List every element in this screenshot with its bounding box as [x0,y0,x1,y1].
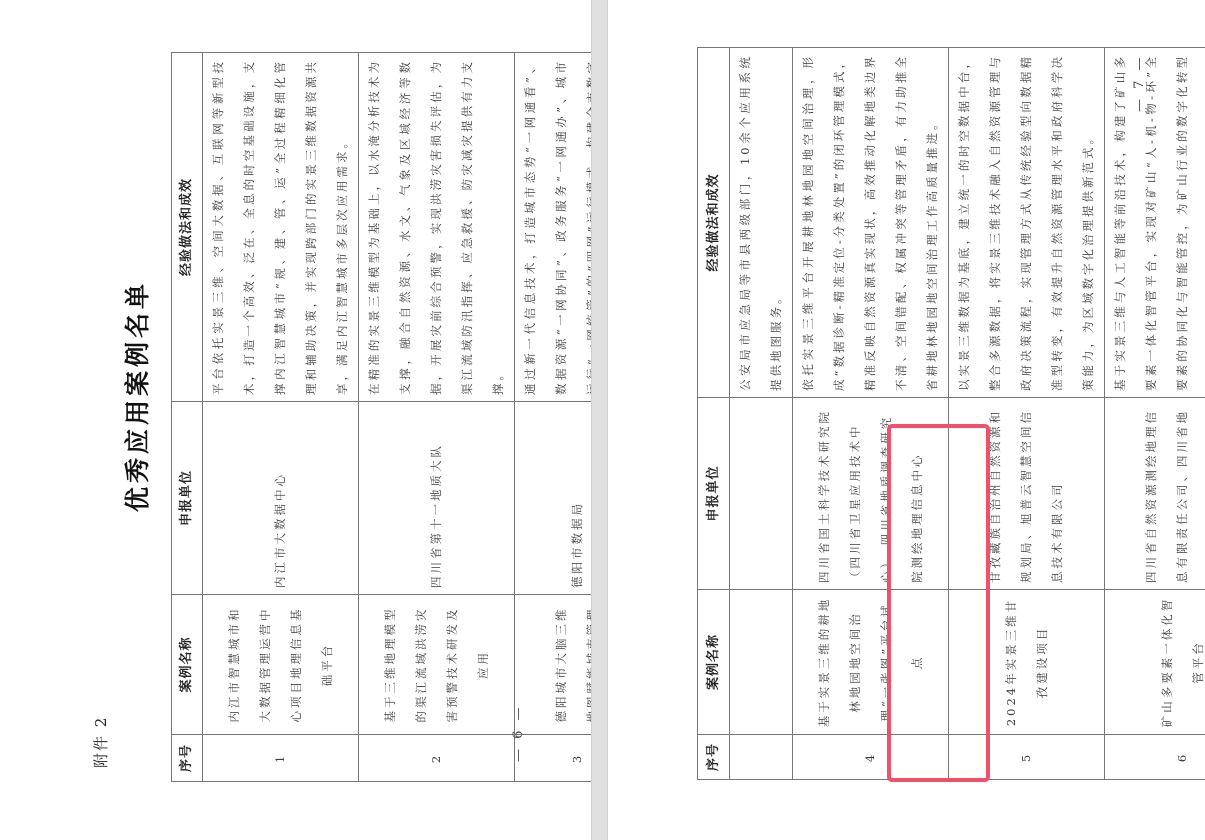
cell-experience: 平台依托实景三维、空间大数据、互联网等新型技术，打造一个高效、泛在、全息的时空基… [203,53,359,402]
header-experience: 经验做法和成效 [698,48,730,398]
table-header-row: 序号 案例名称 申报单位 经验做法和成效 [698,48,730,780]
table-row: 3 德阳城市大脑三维地图赋能城市管理 德阳市数据局 通过新一代信息技术，打造城市… [515,53,592,782]
table-row-continuation: 公安局市应急局等市县两级部门，10余个应用系统提供地图服务。 [730,48,793,780]
header-name: 案例名称 [172,595,203,735]
header-experience: 经验做法和成效 [172,53,203,402]
case-table-left: 序号 案例名称 申报单位 经验做法和成效 1 内江市智慧城市和大数据管理运营中心… [171,52,591,782]
page-title: 优秀应用案例名单 [118,280,154,512]
cell-experience: 通过新一代信息技术，打造城市态势“一网通看”、数据资源“一网协同”、政务服务“一… [515,53,592,402]
page-number: — 6 — [511,704,526,762]
cell-experience: 依托实景三维平台开展耕地林地园地空间治理，形成“数据诊断-精准定位-分类处置”的… [793,48,949,398]
document-page-6: 附件 2 优秀应用案例名单 序号 案例名称 申报单位 经验做法和成效 1 内江市… [0,0,591,840]
header-name: 案例名称 [698,590,730,735]
table-row: 2 基于三维地理模型的渠江流域洪涝灾害预警技术研发及应用 四川省第十一地质大队 … [359,53,515,782]
header-unit: 申报单位 [172,402,203,595]
table-row: 6 矿山多要素一体化智管平台 四川省自然资源测绘地理信息有限责任公司、四川省地质… [1105,48,1205,780]
highlight-box-row-5[interactable] [887,424,990,782]
cell-unit: 德阳市数据局 [515,402,592,595]
header-no: 序号 [172,735,203,782]
cell-experience: 以实景三维数据为基底，建立统一的时空数据中台，整合多源数据，将实景三维技术融入自… [949,48,1105,398]
cell-unit: 内江市大数据中心 [203,402,359,595]
cell-no: 2 [359,735,515,782]
header-unit: 申报单位 [698,398,730,590]
cell-no: 6 [1105,735,1205,780]
cell-experience: 基于实景三维与人工智能等前沿技术，构建了矿山多要素一体化智管平台，实现对矿山“人… [1105,48,1205,398]
table-header-row: 序号 案例名称 申报单位 经验做法和成效 [172,53,203,782]
cell-name: 矿山多要素一体化智管平台 [1105,590,1205,735]
cell-experience: 公安局市应急局等市县两级部门，10余个应用系统提供地图服务。 [730,48,793,398]
cell-no: 1 [203,735,359,782]
table-row: 1 内江市智慧城市和大数据管理运营中心项目地理信息基础平台 内江市大数据中心 平… [203,53,359,782]
document-page-7: 序号 案例名称 申报单位 经验做法和成效 公安局市应急局等市县两级部门，10余个… [608,0,1205,840]
cell-unit [730,398,793,590]
header-no: 序号 [698,735,730,780]
cell-unit: 四川省自然资源测绘地理信息有限责任公司、四川省地质矿产（集团）有限公司 [1105,398,1205,590]
cell-no [730,735,793,780]
cell-name [730,590,793,735]
cell-experience: 在精准的实景三维模型为基础上，以水淹分析技术为支撑，融合自然资源、水文、气象及区… [359,53,515,402]
page-gutter [591,0,608,840]
cell-unit: 四川省第十一地质大队 [359,402,515,595]
cell-name: 内江市智慧城市和大数据管理运营中心项目地理信息基础平台 [203,595,359,735]
attachment-label: 附件 2 [90,716,111,768]
page-number: — 7 — [1132,54,1147,112]
cell-name: 基于三维地理模型的渠江流域洪涝灾害预警技术研发及应用 [359,595,515,735]
